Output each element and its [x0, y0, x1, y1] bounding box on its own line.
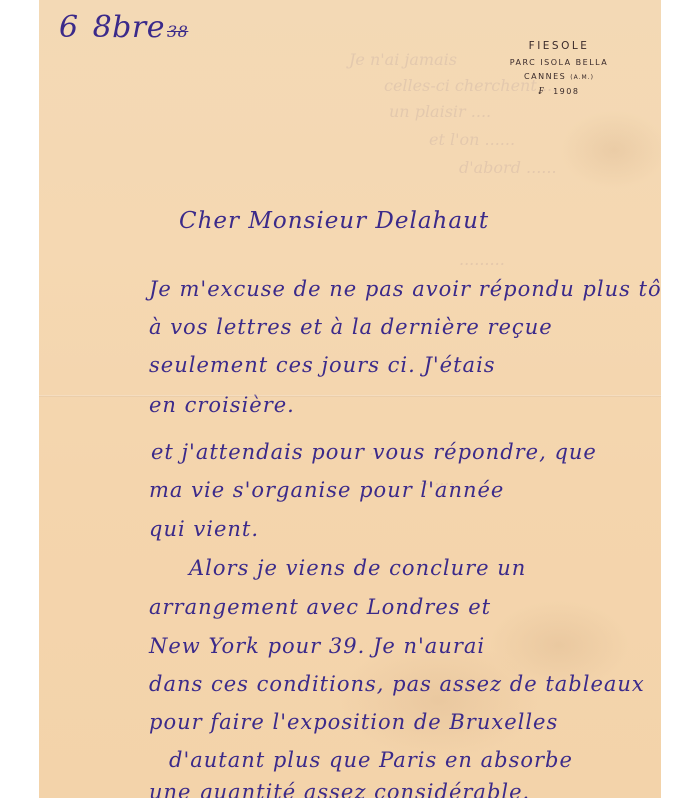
bleed-through-text: .........: [459, 250, 505, 269]
date-day: 6: [59, 10, 79, 45]
body-line: New York pour 39. Je n'aurai: [149, 634, 485, 658]
date-month: 8bre: [93, 10, 165, 45]
letterhead-year: 1908: [553, 87, 579, 96]
body-line: Alors je viens de conclure un: [189, 556, 526, 580]
letterhead-name: FIESOLE: [459, 40, 659, 52]
letterhead-region: (A.M.): [570, 74, 594, 81]
letterhead-street: PARC ISOLA BELLA: [459, 58, 659, 67]
date-year: 38: [167, 22, 188, 41]
body-line: arrangement avec Londres et: [149, 595, 491, 619]
body-line: en croisière.: [149, 393, 295, 417]
letterhead-year-line: ₣ 1908: [459, 86, 659, 97]
body-line: seulement ces jours ci. J'étais: [149, 353, 496, 377]
body-line: une quantité assez considérable.: [149, 780, 530, 798]
letterhead-city-line: CANNES (A.M.): [459, 72, 659, 81]
paper-stain: [559, 110, 661, 190]
bleed-through-text: Je n'ai jamais: [349, 50, 457, 69]
document-page: Je n'ai jamais celles-ci cherchent ... u…: [0, 0, 700, 800]
body-line: dans ces conditions, pas assez de tablea…: [149, 672, 645, 696]
letterhead-city: CANNES: [524, 72, 566, 81]
salutation: Cher Monsieur Delahaut: [179, 208, 489, 234]
body-line: ma vie s'organise pour l'année: [149, 478, 504, 502]
bleed-through-text: d'abord ......: [459, 158, 557, 177]
letterhead: FIESOLE PARC ISOLA BELLA CANNES (A.M.) ₣…: [459, 40, 659, 97]
letter-paper: Je n'ai jamais celles-ci cherchent ... u…: [39, 0, 661, 798]
bleed-through-text: et l'on ......: [429, 130, 515, 149]
body-line: et j'attendais pour vous répondre, que: [151, 440, 597, 464]
body-line: à vos lettres et à la dernière reçue: [149, 315, 553, 339]
body-line: qui vient.: [149, 517, 259, 541]
monogram-icon: ₣: [539, 86, 546, 97]
body-line: Je m'excuse de ne pas avoir répondu plus…: [149, 277, 661, 301]
handwritten-date: 68bre38: [59, 10, 188, 45]
bleed-through-text: un plaisir ....: [389, 102, 491, 121]
body-line: pour faire l'exposition de Bruxelles: [149, 710, 558, 734]
body-line: d'autant plus que Paris en absorbe: [169, 748, 573, 772]
